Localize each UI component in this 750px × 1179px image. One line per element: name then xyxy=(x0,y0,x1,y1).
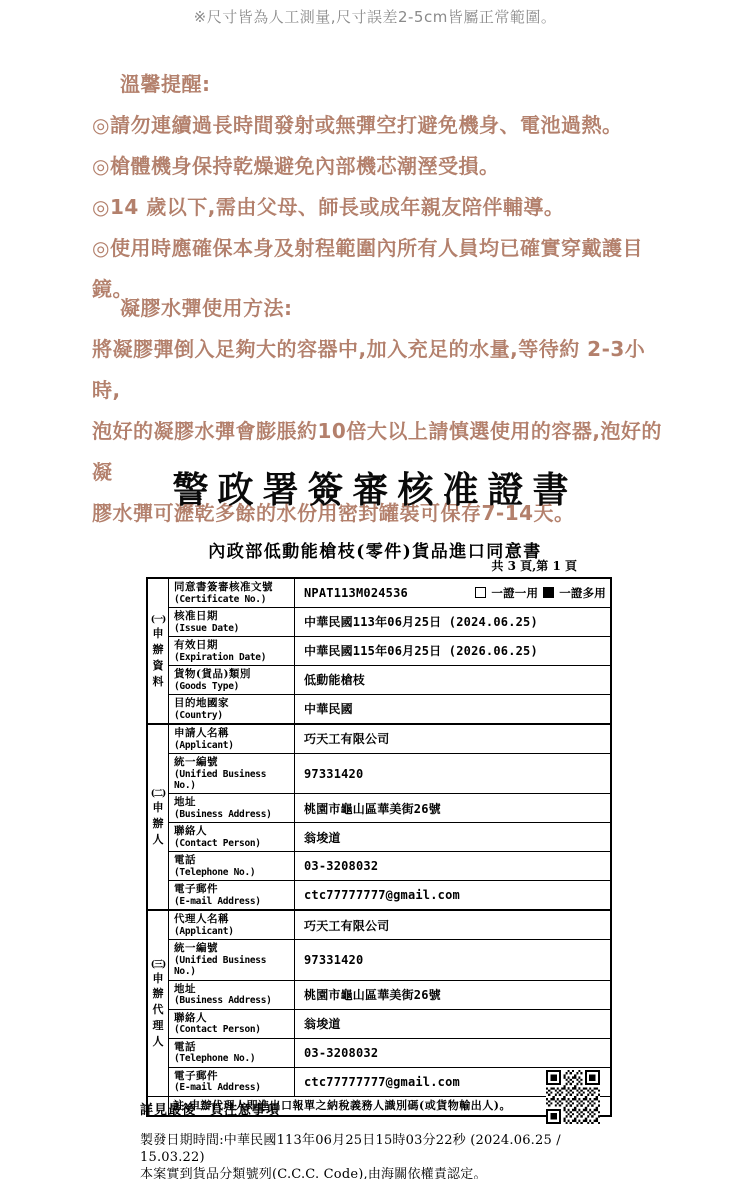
section-number: (二) xyxy=(151,786,166,799)
field-value: 中華民國113年06月25日 (2024.06.25) xyxy=(295,608,610,636)
certificate-table: (一) 申 辦 資 料 同意書簽審核准文號 (Certificate No.) … xyxy=(146,577,612,1117)
field-label-en: (E-mail Address) xyxy=(174,896,293,907)
checkbox-single-use-unchecked xyxy=(475,587,486,598)
table-row: 同意書簽審核准文號 (Certificate No.) NPAT113M0245… xyxy=(169,579,610,608)
reminder-heading: 溫馨提醒: xyxy=(92,64,664,105)
certificate-title: 警政署簽審核准證書 xyxy=(0,462,750,513)
field-label-en: (Contact Person) xyxy=(174,1024,293,1035)
footer-section: 詳見最後一頁注意事項 製發日期時間:中華民國113年06月25日15時03分22… xyxy=(140,1099,620,1179)
reminder-item: ◎槍體機身保持乾燥避免內部機芯潮溼受損。 xyxy=(92,146,664,187)
field-value: 中華民國115年06月25日 (2026.06.25) xyxy=(295,637,610,665)
table-row: 目的地國家 (Country) 中華民國 xyxy=(169,695,610,723)
field-value: 97331420 xyxy=(295,940,610,979)
table-row: 電子郵件 (E-mail Address) ctc77777777@gmail.… xyxy=(169,1068,610,1096)
table-section-applicant: (二) 申 辦 人 申請人名稱 (Applicant) 巧天工有限公司 統一編號… xyxy=(148,725,610,911)
table-row: 統一編號 (Unified Business No.) 97331420 xyxy=(169,940,610,980)
field-label-zh: 代理人名稱 xyxy=(174,913,293,926)
table-row: 申請人名稱 (Applicant) 巧天工有限公司 xyxy=(169,725,610,754)
field-label-en: (Telephone No.) xyxy=(174,867,293,878)
field-label-zh: 統一編號 xyxy=(174,756,293,769)
checkbox-multi-use-checked xyxy=(543,587,554,598)
field-label-zh: 電子郵件 xyxy=(174,883,293,896)
field-label-en: (Goods Type) xyxy=(174,681,293,692)
table-row: 聯絡人 (Contact Person) 翁埈道 xyxy=(169,823,610,852)
field-label-en: (Unified Business No.) xyxy=(174,769,293,792)
field-label-en: (Applicant) xyxy=(174,926,293,937)
field-label-zh: 核准日期 xyxy=(174,610,293,623)
warm-reminder-section: 溫馨提醒: ◎請勿連續過長時間發射或無彈空打避免機身、電池過熱。 ◎槍體機身保持… xyxy=(92,64,664,310)
field-label-zh: 電話 xyxy=(174,1041,293,1054)
section-number: (一) xyxy=(151,612,166,625)
field-label-en: (Telephone No.) xyxy=(174,1053,293,1064)
field-label-zh: 電子郵件 xyxy=(174,1070,293,1083)
size-disclaimer: ※尺寸皆為人工測量,尺寸誤差2-5cm皆屬正常範圍。 xyxy=(0,6,750,27)
section-vertical-label: (二) 申 辦 人 xyxy=(148,725,169,909)
field-label-en: (Contact Person) xyxy=(174,838,293,849)
table-row: 電話 (Telephone No.) 03-3208032 xyxy=(169,1039,610,1068)
field-label-zh: 申請人名稱 xyxy=(174,727,293,740)
checkbox-single-use-label: 一證一用 xyxy=(491,585,538,601)
page: ※尺寸皆為人工測量,尺寸誤差2-5cm皆屬正常範圍。 溫馨提醒: ◎請勿連續過長… xyxy=(0,0,750,1179)
gel-usage-line: 將凝膠彈倒入足夠大的容器中,加入充足的水量,等待約 2-3小時, xyxy=(92,329,664,411)
field-label-zh: 統一編號 xyxy=(174,942,293,955)
field-label-en: (Certificate No.) xyxy=(174,594,293,605)
field-value: 97331420 xyxy=(295,754,610,793)
table-row: 統一編號 (Unified Business No.) 97331420 xyxy=(169,754,610,794)
usage-checkboxes: 一證一用 一證多用 xyxy=(475,585,606,601)
field-label-zh: 同意書簽審核准文號 xyxy=(174,581,293,594)
field-label-zh: 聯絡人 xyxy=(174,825,293,838)
field-value: 桃園市龜山區華美街26號 xyxy=(295,981,610,1009)
field-value: 03-3208032 xyxy=(295,852,610,880)
section-number: (三) xyxy=(151,957,166,970)
checkbox-multi-use-label: 一證多用 xyxy=(559,585,606,601)
field-label-en: (Issue Date) xyxy=(174,623,293,634)
reminder-item: ◎請勿連續過長時間發射或無彈空打避免機身、電池過熱。 xyxy=(92,105,664,146)
field-value: ctc77777777@gmail.com xyxy=(295,881,610,909)
field-label-zh: 目的地國家 xyxy=(174,697,293,710)
table-section-application-info: (一) 申 辦 資 料 同意書簽審核准文號 (Certificate No.) … xyxy=(148,579,610,725)
field-value: 巧天工有限公司 xyxy=(295,725,610,753)
field-label-zh: 貨物(貨品)類別 xyxy=(174,668,293,681)
page-number-info: 共 3 頁,第 1 頁 xyxy=(0,557,577,574)
field-label-en: (Business Address) xyxy=(174,995,293,1006)
field-label-en: (Unified Business No.) xyxy=(174,955,293,978)
field-label-zh: 有效日期 xyxy=(174,639,293,652)
table-row: 地址 (Business Address) 桃園市龜山區華美街26號 xyxy=(169,794,610,823)
table-row: 電話 (Telephone No.) 03-3208032 xyxy=(169,852,610,881)
field-value: 翁埈道 xyxy=(295,1010,610,1038)
section-label: 申 辦 資 料 xyxy=(153,626,164,690)
section-vertical-label: (三) 申 辦 代 理 人 xyxy=(148,911,169,1095)
field-value: 03-3208032 xyxy=(295,1039,610,1067)
gel-usage-heading: 凝膠水彈使用方法: xyxy=(92,288,664,329)
table-row: 聯絡人 (Contact Person) 翁埈道 xyxy=(169,1010,610,1039)
see-last-page-note: 詳見最後一頁注意事項 xyxy=(140,1099,620,1118)
field-label-en: (Country) xyxy=(174,710,293,721)
table-row: 有效日期 (Expiration Date) 中華民國115年06月25日 (2… xyxy=(169,637,610,666)
table-row: 電子郵件 (E-mail Address) ctc77777777@gmail.… xyxy=(169,881,610,909)
field-value: 巧天工有限公司 xyxy=(295,911,610,939)
field-label-en: (Applicant) xyxy=(174,740,293,751)
table-section-agent: (三) 申 辦 代 理 人 代理人名稱 (Applicant) 巧天工有限公司 … xyxy=(148,911,610,1096)
field-label-en: (E-mail Address) xyxy=(174,1082,293,1093)
section-label: 申 辦 人 xyxy=(153,800,164,848)
section-vertical-label: (一) 申 辦 資 料 xyxy=(148,579,169,723)
field-label-zh: 地址 xyxy=(174,983,293,996)
ccc-code-line: 本案實到貨品分類號列(C.C.C. Code),由海關依權責認定。 xyxy=(140,1166,620,1179)
field-label-en: (Business Address) xyxy=(174,809,293,820)
field-value: 中華民國 xyxy=(295,695,610,723)
table-row: 貨物(貨品)類別 (Goods Type) 低動能槍枝 xyxy=(169,666,610,695)
table-row: 核准日期 (Issue Date) 中華民國113年06月25日 (2024.0… xyxy=(169,608,610,637)
reminder-item: ◎14 歲以下,需由父母、師長或成年親友陪伴輔導。 xyxy=(92,187,664,228)
field-label-en: (Expiration Date) xyxy=(174,652,293,663)
field-value: 桃園市龜山區華美街26號 xyxy=(295,794,610,822)
field-value: 翁埈道 xyxy=(295,823,610,851)
certificate-number: NPAT113M024536 xyxy=(304,586,408,600)
field-value: 低動能槍枝 xyxy=(295,666,610,694)
issue-datetime-line: 製發日期時間:中華民國113年06月25日15時03分22秒 (2024.06.… xyxy=(140,1132,620,1166)
field-label-zh: 電話 xyxy=(174,854,293,867)
table-row: 代理人名稱 (Applicant) 巧天工有限公司 xyxy=(169,911,610,940)
field-label-zh: 地址 xyxy=(174,796,293,809)
field-label-zh: 聯絡人 xyxy=(174,1012,293,1025)
section-label: 申 辦 代 理 人 xyxy=(153,971,164,1051)
table-row: 地址 (Business Address) 桃園市龜山區華美街26號 xyxy=(169,981,610,1010)
